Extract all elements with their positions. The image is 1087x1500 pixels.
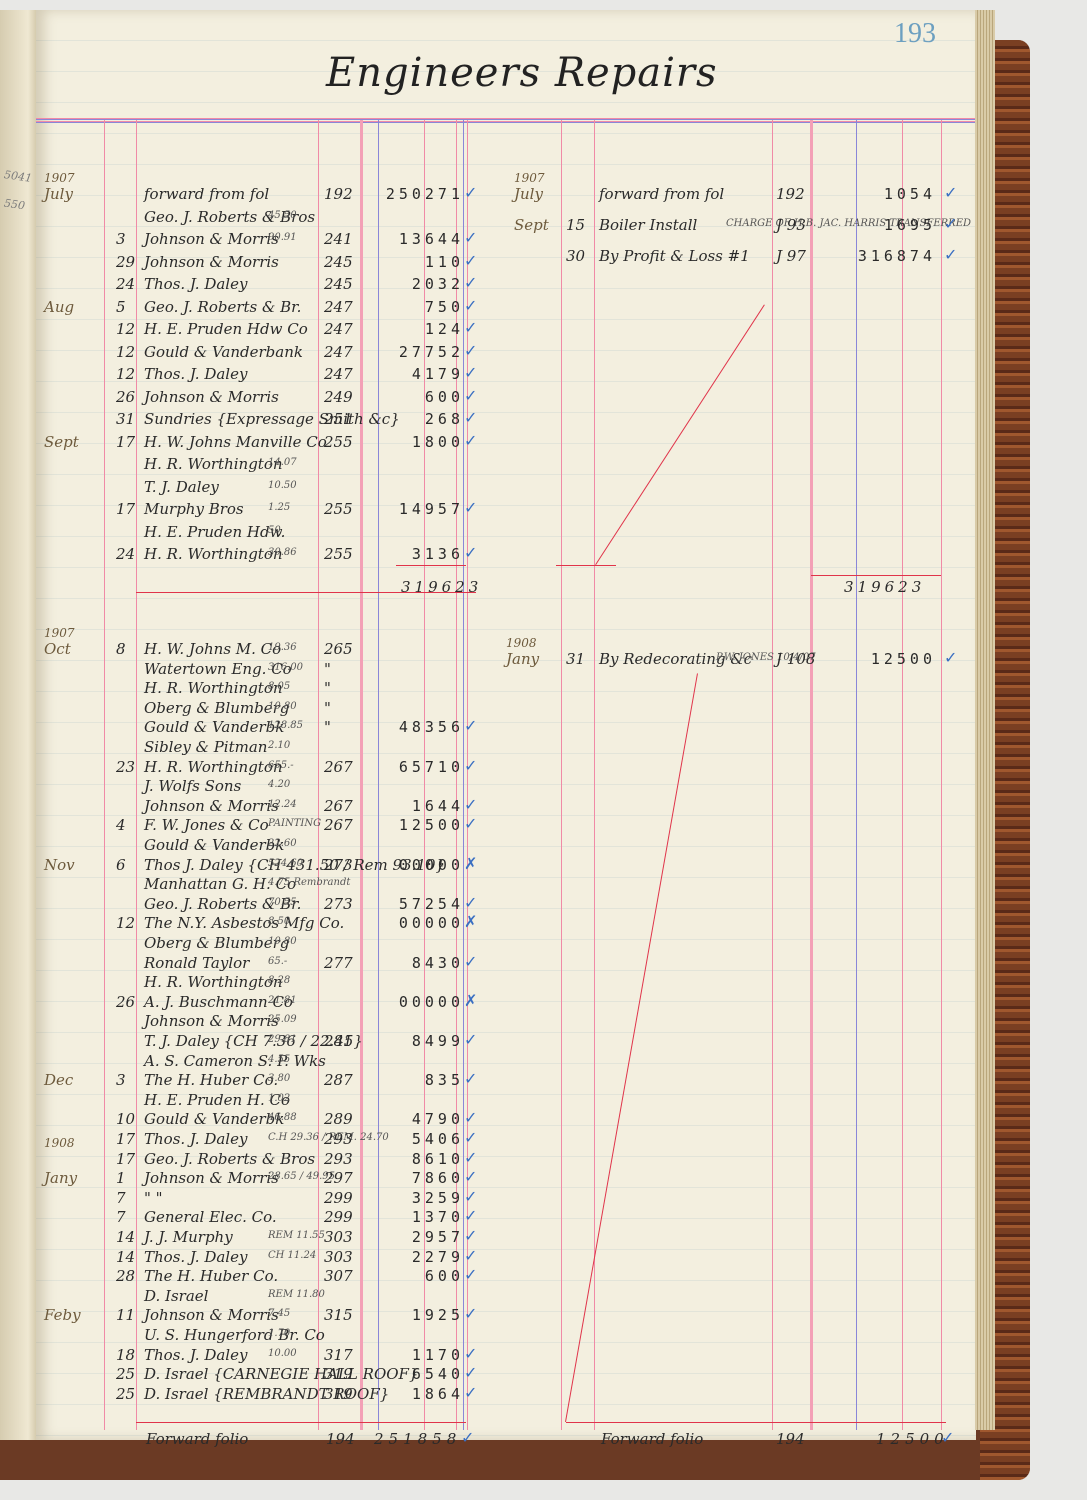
folio: 267 [324, 816, 353, 834]
entry-description: J. J. Murphy [144, 1228, 233, 1246]
day: 17 [116, 1130, 135, 1148]
entry-description: The H. Huber Co. [144, 1071, 278, 1089]
entry-description: Geo. J. Roberts & Bros [144, 1150, 315, 1168]
check-mark: ✓ [464, 1148, 477, 1167]
day: 4 [116, 816, 126, 834]
check-mark: ✓ [464, 1246, 477, 1265]
check-mark: ✓ [464, 952, 477, 971]
amount: 1644 [354, 797, 464, 815]
day: 26 [116, 388, 135, 406]
entry-description: Thos. J. Daley [144, 365, 247, 383]
check-mark: ✓ [464, 408, 477, 427]
entry-description: F. W. Jones & Co [144, 816, 269, 834]
check-mark: ✓ [464, 386, 477, 405]
amount: 48356 [354, 718, 464, 736]
day: 12 [116, 365, 135, 383]
amount: 2279 [354, 1248, 464, 1266]
day: 12 [116, 343, 135, 361]
folio: 255 [324, 433, 353, 451]
folio: 317 [324, 1346, 353, 1364]
folio: 241 [324, 230, 353, 248]
day: 12 [116, 320, 135, 338]
entry-description: Johnson & Morris [144, 388, 279, 406]
amount: 250271 [354, 185, 464, 203]
entry-note: 14.07 [268, 457, 297, 468]
cancel-line-1 [595, 304, 765, 565]
day: 29 [116, 253, 135, 271]
folio: 293 [324, 1150, 353, 1168]
day: 5 [116, 298, 126, 316]
entry-description: forward from fol [599, 185, 724, 203]
check-mark: ✓ [464, 228, 477, 247]
entry-note: 316.00 [268, 662, 303, 673]
amount: 1925 [354, 1306, 464, 1324]
folio: " [324, 718, 331, 736]
amount: 00000 [354, 993, 464, 1011]
entry-description: Gould & Vanderbank [144, 343, 303, 361]
day: 25 [116, 1385, 135, 1403]
amount: 13644 [354, 230, 464, 248]
entry-note: 46.88 [268, 1112, 297, 1123]
entry-note: CH 11.24 [268, 1250, 316, 1261]
entry-note: 50 [268, 525, 281, 536]
entry-note: 8.28 [268, 975, 290, 986]
entry-description: Boiler Install [599, 216, 697, 234]
check-mark: ✓ [464, 318, 477, 337]
amount: 835 [354, 1071, 464, 1089]
entry-note: PAINTING [268, 818, 321, 829]
check-mark: ✓ [464, 1383, 477, 1402]
folio: 251 [324, 410, 353, 428]
amount: 8610 [354, 1150, 464, 1168]
entry-description: Johnson & Morris [144, 230, 279, 248]
month: July [44, 185, 73, 203]
check-mark: ✓ [944, 245, 957, 264]
day: 3 [116, 230, 126, 248]
check-mark: ✓ [464, 1226, 477, 1245]
cancel-line-2 [565, 673, 698, 1422]
folio: 277 [324, 954, 353, 972]
amount: 750 [354, 298, 464, 316]
entry-description: Thos. J. Daley [144, 1346, 247, 1364]
check-mark: ✓ [464, 893, 477, 912]
check-mark: ✗ [464, 991, 477, 1010]
entry-note: 655.- [268, 760, 294, 771]
day: 28 [116, 1267, 135, 1285]
amount: 600 [354, 1267, 464, 1285]
check-mark: ✓ [464, 814, 477, 833]
day: 7 [116, 1208, 126, 1226]
amount: 124 [354, 320, 464, 338]
credit-forward-folio: 194 [776, 1430, 805, 1448]
month: Sept [44, 433, 79, 451]
check-mark: ✓ [464, 1363, 477, 1382]
amount: 5406 [354, 1130, 464, 1148]
credit-forward-label: Forward folio [601, 1430, 703, 1448]
folio: 303 [324, 1228, 353, 1246]
check-mark: ✓ [464, 251, 477, 270]
page-edges [975, 10, 995, 1430]
entry-description: D. Israel [144, 1287, 208, 1305]
check-mark: ✓ [464, 273, 477, 292]
entry-note: 30.86 [268, 547, 297, 558]
day: 26 [116, 993, 135, 1011]
amount: 1800 [354, 433, 464, 451]
entry-description: Geo. J. Roberts & Br. [144, 298, 301, 316]
entry-description: H. W. Johns M. Co [144, 640, 281, 658]
entry-description: Gould & Vanderbk [144, 1110, 284, 1128]
folio: 319 [324, 1385, 353, 1403]
entry-description: T. J. Daley [144, 478, 219, 496]
folio: 245 [324, 253, 353, 271]
entry-description: H. R. Worthington [144, 545, 283, 563]
amount: 600 [354, 388, 464, 406]
day: 24 [116, 545, 135, 563]
amount: 2032 [354, 275, 464, 293]
entry-description: Gould & Vanderbk [144, 718, 284, 736]
amount: 1054 [826, 185, 936, 203]
entry-description: Sibley & Pitman [144, 738, 267, 756]
folio: 267 [324, 797, 353, 815]
amount: 7860 [354, 1169, 464, 1187]
amount: 268 [354, 410, 464, 428]
check-mark: ✗ [464, 854, 477, 873]
entry-note: 70.55 [268, 897, 297, 908]
check-mark: ✓ [464, 1304, 477, 1323]
check-mark: ✓ [941, 1428, 954, 1447]
check-mark: ✓ [461, 1428, 474, 1447]
folio: 273 [324, 856, 353, 874]
year: 1907 [44, 171, 75, 185]
entry-description: The N.Y. Asbestos Mfg Co. [144, 914, 344, 932]
check-mark: ✓ [464, 1108, 477, 1127]
entry-description: The H. Huber Co. [144, 1267, 278, 1285]
entry-description: H. R. Worthington [144, 679, 283, 697]
credit-forward-amount: 12500 [876, 1430, 949, 1448]
month: Nov [44, 856, 75, 874]
entry-note: 8.05 [268, 681, 290, 692]
amount: 57254 [354, 895, 464, 913]
folio: 247 [324, 298, 353, 316]
entry-description: Thos. J. Daley [144, 1248, 247, 1266]
check-mark: ✗ [464, 912, 477, 931]
amount: 6540 [354, 1365, 464, 1383]
amount: 00000 [354, 914, 464, 932]
entry-note: 10.00 [268, 1348, 297, 1359]
folio: 273 [324, 895, 353, 913]
amount: 1170 [354, 1346, 464, 1364]
entry-description: forward from fol [144, 185, 269, 203]
check-mark: ✓ [944, 183, 957, 202]
check-mark: ✓ [464, 795, 477, 814]
month: Jany [44, 1169, 77, 1187]
folio: 192 [776, 185, 805, 203]
entry-description: U. S. Hungerford Br. Co [144, 1326, 325, 1344]
amount: 110 [354, 253, 464, 271]
check-mark: ✓ [464, 1265, 477, 1284]
entry-description: By Profit & Loss #1 [599, 247, 750, 265]
amount: 1695 [826, 216, 936, 234]
amount: 14957 [354, 500, 464, 518]
day: 10 [116, 1110, 135, 1128]
day: 11 [116, 1306, 135, 1324]
folio: 299 [324, 1208, 353, 1226]
amount: 4790 [354, 1110, 464, 1128]
entry-description: H. R. Worthington [144, 455, 283, 473]
check-mark: ✓ [464, 431, 477, 450]
month: Dec [44, 1071, 73, 1089]
entry-description: Johnson & Morris [144, 1306, 279, 1324]
header-rule [36, 118, 976, 124]
entry-note: 29.81 [268, 1034, 297, 1045]
folio: 293 [324, 1130, 353, 1148]
month: Oct [44, 640, 71, 658]
entry-description: H. R. Worthington [144, 758, 283, 776]
folio: 192 [324, 185, 353, 203]
entry-note: 12.24 [268, 799, 297, 810]
folio: J 97 [776, 247, 806, 265]
amount: 3136 [354, 545, 464, 563]
day: 14 [116, 1228, 135, 1246]
folio: 315 [324, 1306, 353, 1324]
entry-description: Murphy Bros [144, 500, 244, 518]
entry-note: 25.09 [268, 1014, 297, 1025]
entry-note: 8.50 [268, 916, 290, 927]
folio: 247 [324, 365, 353, 383]
entry-description: Johnson & Morris [144, 1012, 279, 1030]
entry-note: 10.80 [268, 701, 297, 712]
check-mark: ✓ [464, 296, 477, 315]
folio: J 93 [776, 216, 806, 234]
amount: 8430 [354, 954, 464, 972]
folio: 307 [324, 1267, 353, 1285]
entry-note: 21.81 [268, 995, 297, 1006]
folio: 299 [324, 1189, 353, 1207]
check-mark: ✓ [464, 1187, 477, 1206]
folio: 249 [324, 388, 353, 406]
debit-forward-amount: 251858 [374, 1430, 461, 1448]
year: 1908 [506, 636, 537, 650]
entry-description: H. E. Pruden Hdw. [144, 523, 285, 541]
folio: 255 [324, 545, 353, 563]
page-title: Engineers Repairs [326, 50, 718, 96]
amount: 4179 [354, 365, 464, 383]
day: 17 [116, 433, 135, 451]
amount: 316874 [826, 247, 936, 265]
entry-description: Ronald Taylor [144, 954, 249, 972]
folio: " [324, 679, 331, 697]
amount: 00000 [354, 856, 464, 874]
entry-description: H. R. Worthington [144, 973, 283, 991]
day: 25 [116, 1365, 135, 1383]
folio: 281 [324, 1032, 353, 1050]
credit-total: 319623 [844, 578, 925, 596]
check-mark: ✓ [464, 1206, 477, 1225]
check-mark: ✓ [464, 498, 477, 517]
entry-note: 45.50 [268, 210, 297, 221]
left-page-edge [0, 10, 40, 1440]
folio: 265 [324, 640, 353, 658]
entry-note: 22.60 [268, 838, 297, 849]
entry-note: 4.75 Rembrandt [268, 877, 350, 888]
day: 14 [116, 1248, 135, 1266]
entry-note: 10.80 [268, 936, 297, 947]
entry-note: 1.02 [268, 1093, 290, 1104]
entry-note: 19.36 [268, 642, 297, 653]
day: 12 [116, 914, 135, 932]
folio: 247 [324, 343, 353, 361]
month: July [514, 185, 543, 203]
entry-description: Thos. J. Daley [144, 275, 247, 293]
entry-description: H. E. Pruden Hdw Co [144, 320, 308, 338]
day: 18 [116, 1346, 135, 1364]
check-mark: ✓ [464, 543, 477, 562]
entry-description: Johnson & Morris [144, 797, 279, 815]
entry-note: 1.70 [268, 1328, 290, 1339]
entry-note: 65.- [268, 956, 287, 967]
check-mark: ✓ [464, 341, 477, 360]
day: 23 [116, 758, 135, 776]
day: 30 [566, 247, 585, 265]
entry-note: 4.20 [268, 779, 290, 790]
entry-description: Johnson & Morris [144, 253, 279, 271]
check-mark: ✓ [464, 1128, 477, 1147]
month: Aug [44, 298, 74, 316]
folio: 245 [324, 275, 353, 293]
month: Feby [44, 1306, 81, 1324]
entry-note: 4.55 [268, 1054, 290, 1065]
page-number: 193 [894, 18, 936, 50]
entry-note: 10.50 [268, 480, 297, 491]
folio: 255 [324, 500, 353, 518]
entry-description: " " [144, 1189, 163, 1207]
amount: 2957 [354, 1228, 464, 1246]
day: 17 [116, 500, 135, 518]
margin-note: 550 [3, 197, 26, 213]
amount: 12500 [354, 816, 464, 834]
year: 1908 [44, 1136, 75, 1150]
entry-description: General Elec. Co. [144, 1208, 277, 1226]
check-mark: ✓ [464, 716, 477, 735]
day: 1 [116, 1169, 126, 1187]
folio: 287 [324, 1071, 353, 1089]
day: 17 [116, 1150, 135, 1168]
year: 1907 [514, 171, 545, 185]
entry-note: 524.60 [268, 858, 303, 869]
entry-description: Johnson & Morris [144, 1169, 279, 1187]
month: Sept [514, 216, 549, 234]
check-mark: ✓ [464, 1069, 477, 1088]
check-mark: ✓ [464, 1030, 477, 1049]
folio: " [324, 699, 331, 717]
check-mark: ✓ [464, 1167, 477, 1186]
entry-description: Thos. J. Daley [144, 1130, 247, 1148]
year: 1907 [44, 626, 75, 640]
check-mark: ✓ [464, 363, 477, 382]
entry-note: REM 11.55 [268, 1230, 325, 1241]
folio: " [324, 660, 331, 678]
day: 6 [116, 856, 126, 874]
folio: 297 [324, 1169, 353, 1187]
check-mark: ✓ [944, 648, 957, 667]
day: 24 [116, 275, 135, 293]
day: 7 [116, 1189, 126, 1207]
folio: J 108 [776, 650, 815, 668]
entry-description: A. S. Cameron S. P. Wks [144, 1052, 326, 1070]
entry-description: Gould & Vanderbk [144, 836, 284, 854]
entry-note: 90.91 [268, 232, 297, 243]
check-mark: ✓ [464, 183, 477, 202]
debit-forward-folio: 194 [326, 1430, 355, 1448]
amount: 1864 [354, 1385, 464, 1403]
day: 3 [116, 1071, 126, 1089]
entry-description: J. Wolfs Sons [144, 777, 241, 795]
entry-note: 2.10 [268, 740, 290, 751]
folio: 267 [324, 758, 353, 776]
folio: 303 [324, 1248, 353, 1266]
amount: 8499 [354, 1032, 464, 1050]
amount: 12500 [826, 650, 936, 668]
check-mark: ✓ [464, 756, 477, 775]
entry-note: REM 11.80 [268, 1289, 325, 1300]
entry-note: 128.85 [268, 720, 303, 731]
day: 31 [116, 410, 135, 428]
check-mark: ✓ [944, 214, 957, 233]
month: Jany [506, 650, 539, 668]
amount: 1370 [354, 1208, 464, 1226]
day: 31 [566, 650, 585, 668]
entry-note: 3.80 [268, 1073, 290, 1084]
check-mark: ✓ [464, 1344, 477, 1363]
folio: 247 [324, 320, 353, 338]
day: 8 [116, 640, 126, 658]
entry-note: 7.45 [268, 1308, 290, 1319]
amount: 3259 [354, 1189, 464, 1207]
entry-description: H. W. Johns Manville Co [144, 433, 327, 451]
entry-note: 1.25 [268, 502, 290, 513]
debit-total: 319623 [401, 578, 482, 596]
ledger-page: 193 Engineers Repairs 1907Julyforward fr… [36, 10, 976, 1440]
folio: 289 [324, 1110, 353, 1128]
amount: 27752 [354, 343, 464, 361]
debit-forward-label: Forward folio [146, 1430, 248, 1448]
day: 15 [566, 216, 585, 234]
folio: 319 [324, 1365, 353, 1383]
amount: 65710 [354, 758, 464, 776]
